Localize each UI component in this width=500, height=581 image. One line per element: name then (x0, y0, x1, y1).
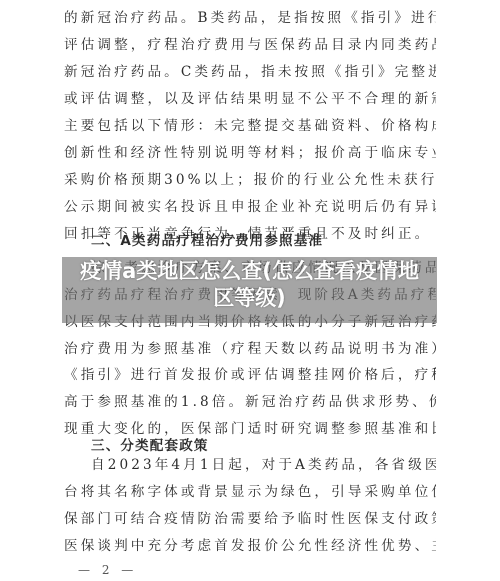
section-heading-2: 二、A类药品疗程治疗费用参照基准 (91, 231, 436, 251)
text-line: 主要包括以下情形：未完整提交基础资料、价格构成特别说明、 (64, 116, 436, 136)
text-line: 保部门可结合疫情防治需要给予临时性医保支付政策，并在后续 (64, 509, 436, 529)
overlay-title-line1: 疫情a类地区怎么查(怎么查看疫情地 (62, 258, 437, 285)
text-line: 的新冠治疗药品。B类药品，是指按照《指引》进行首发报价或 (64, 8, 436, 28)
text-line: 评估调整，疗程治疗费用与医保药品目录内同类药品差异较大的 (64, 35, 436, 55)
text-line: 高于参照基准的1.8倍。新冠治疗药品供求形势、价格走势等出 (64, 392, 436, 412)
text-line: 新冠治疗药品。C类药品，指未按照《指引》完整进行首发报价 (64, 62, 436, 82)
section-heading-3: 三、分类配套政策 (91, 436, 436, 456)
text-line: 采购价格预期30%以上；报价的行业公允性未获行业协会推荐； (64, 170, 436, 190)
overlay-title-line2: 区等级) (62, 285, 437, 312)
page-number: — 2 — (78, 563, 137, 577)
text-line: 自2023年4月1日起，对于A类药品，各省级医药采购平 (91, 455, 436, 475)
text-line: 或评估调整，以及评估结果明显不公平不合理的新冠治疗药品， (64, 89, 436, 109)
text-line: 治疗费用为参照基准（疗程天数以药品说明书为准）。企业遵循 (64, 339, 436, 359)
overlay-title: 疫情a类地区怎么查(怎么查看疫情地 区等级) (62, 258, 437, 312)
text-line: 台将其名称字体或背景显示为绿色，引导采购单位优先采购；医 (64, 482, 436, 502)
text-line: 《指引》进行首发报价或评估调整挂网价格后，疗程治疗费用不 (64, 365, 436, 385)
text-line: 医保谈判中充分考虑首发报价公允性经济性优势、主动担当社会 (64, 536, 436, 556)
text-line: 创新性和经济性特别说明等材料；报价高于临床专业意见书所提 (64, 143, 436, 163)
text-line: 公示期间被实名投诉且申报企业补充说明后仍有异议；存在给予 (64, 197, 436, 217)
